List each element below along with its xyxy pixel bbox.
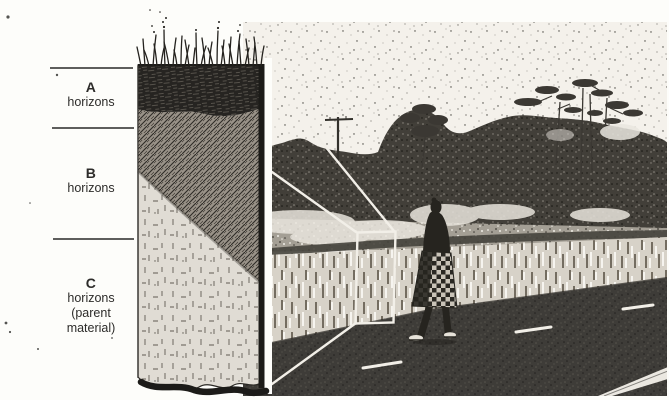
b-horizon-word: horizons bbox=[36, 181, 146, 196]
b-horizon-letter: B bbox=[36, 165, 146, 181]
soil-column bbox=[137, 9, 266, 393]
c-horizon-letter: C bbox=[36, 275, 146, 291]
column-photo-gap bbox=[264, 58, 272, 394]
label-b-horizons: B horizons bbox=[36, 165, 146, 196]
roadcut-photograph bbox=[243, 22, 668, 396]
a-horizon-word: horizons bbox=[36, 95, 146, 110]
a-horizon-letter: A bbox=[36, 79, 146, 95]
sky-gap-in-trees bbox=[600, 124, 640, 140]
c-horizon-parent-line2: material) bbox=[36, 321, 146, 336]
sky-gap-in-trees bbox=[546, 129, 574, 141]
soil-profile-illustration bbox=[0, 0, 669, 400]
c-horizon-word: horizons bbox=[36, 291, 146, 306]
label-a-horizons: A horizons bbox=[36, 79, 146, 110]
pedestrian-hair bbox=[432, 198, 437, 203]
textbook-figure-soil-horizons: A horizons B horizons C horizons (parent… bbox=[0, 0, 669, 400]
grass-seed-heads bbox=[149, 9, 241, 33]
horizon-a-layer bbox=[138, 65, 262, 116]
c-horizon-parent-line1: (parent bbox=[36, 306, 146, 321]
label-c-horizons: C horizons (parent material) bbox=[36, 275, 146, 336]
